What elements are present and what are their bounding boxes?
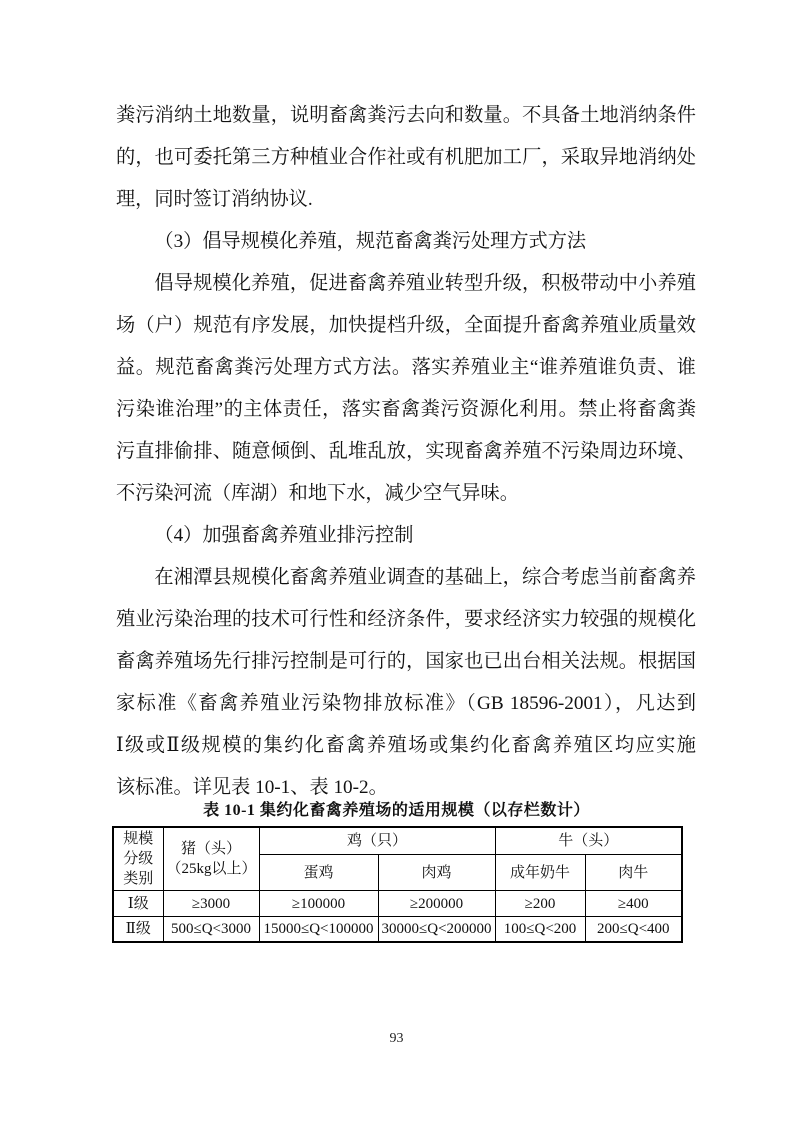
- cell-grade: Ⅰ级: [113, 891, 163, 917]
- header-cell-egg-chicken: 蛋鸡: [259, 855, 378, 891]
- cell-beef-cattle: 200≤Q<400: [585, 917, 682, 942]
- header-cell-pig: 猪（头）（25kg以上）: [163, 827, 259, 891]
- text-line: Ⅰ级或Ⅱ级规模的集约化畜禽养殖场或集约化畜禽养殖区均应实施: [116, 725, 696, 767]
- cell-egg-chicken: 15000≤Q<100000: [259, 917, 378, 942]
- page-number: 93: [0, 1031, 793, 1047]
- text-line: 益。规范畜禽粪污处理方式方法。落实养殖业主“谁养殖谁负责、谁: [116, 347, 696, 389]
- scale-table: 规模分级类别 猪（头）（25kg以上） 鸡（只） 牛（头） 蛋鸡 肉鸡 成年奶牛…: [112, 826, 683, 943]
- header-cell-dairy-cattle: 成年奶牛: [495, 855, 585, 891]
- table-row-grade-2: Ⅱ级 500≤Q<3000 15000≤Q<100000 30000≤Q<200…: [113, 917, 682, 942]
- text-line: （4）加强畜禽养殖业排污控制: [116, 515, 696, 557]
- text-line: 的，也可委托第三方种植业合作社或有机肥加工厂，采取异地消纳处: [116, 137, 696, 179]
- text-line: 倡导规模化养殖，促进畜禽养殖业转型升级，积极带动中小养殖: [116, 263, 696, 305]
- cell-pig: 500≤Q<3000: [163, 917, 259, 942]
- text-line: 场（户）规范有序发展，加快提档升级，全面提升畜禽养殖业质量效: [116, 305, 696, 347]
- cell-dairy-cattle: 100≤Q<200: [495, 917, 585, 942]
- text-line: 污直排偷排、随意倾倒、乱堆乱放，实现畜禽养殖不污染周边环境、: [116, 431, 696, 473]
- text-line: 粪污消纳土地数量，说明畜禽粪污去向和数量。不具备土地消纳条件: [116, 95, 696, 137]
- document-content: 粪污消纳土地数量，说明畜禽粪污去向和数量。不具备土地消纳条件的，也可委托第三方种…: [116, 95, 696, 809]
- text-line: （3）倡导规模化养殖，规范畜禽粪污处理方式方法: [116, 221, 696, 263]
- cell-grade: Ⅱ级: [113, 917, 163, 942]
- text-line: 理，同时签订消纳协议.: [116, 179, 696, 221]
- header-cell-category: 规模分级类别: [113, 827, 163, 891]
- document-page: 粪污消纳土地数量，说明畜禽粪污去向和数量。不具备土地消纳条件的，也可委托第三方种…: [0, 0, 793, 1122]
- header-cell-chicken-group: 鸡（只）: [259, 827, 495, 855]
- text-line: 污染谁治理”的主体责任，落实畜禽粪污资源化利用。禁止将畜禽粪: [116, 389, 696, 431]
- text-line: 畜禽养殖场先行排污控制是可行的，国家也已出台相关法规。根据国: [116, 641, 696, 683]
- cell-egg-chicken: ≥100000: [259, 891, 378, 917]
- header-cell-cattle-group: 牛（头）: [495, 827, 682, 855]
- text-line: 在湘潭县规模化畜禽养殖业调查的基础上，综合考虑当前畜禽养: [116, 557, 696, 599]
- cell-pig: ≥3000: [163, 891, 259, 917]
- table-row-grade-1: Ⅰ级 ≥3000 ≥100000 ≥200000 ≥200 ≥400: [113, 891, 682, 917]
- cell-meat-chicken: ≥200000: [378, 891, 495, 917]
- header-cell-beef-cattle: 肉牛: [585, 855, 682, 891]
- document-body: 粪污消纳土地数量，说明畜禽粪污去向和数量。不具备土地消纳条件的，也可委托第三方种…: [116, 95, 696, 809]
- header-cell-meat-chicken: 肉鸡: [378, 855, 495, 891]
- cell-beef-cattle: ≥400: [585, 891, 682, 917]
- table-caption: 表 10-1 集约化畜禽养殖场的适用规模（以存栏数计）: [112, 800, 681, 822]
- table-10-1-block: 表 10-1 集约化畜禽养殖场的适用规模（以存栏数计） 规模分级类别 猪（头）（…: [112, 800, 681, 943]
- text-line: 殖业污染治理的技术可行性和经济条件，要求经济实力较强的规模化: [116, 599, 696, 641]
- cell-dairy-cattle: ≥200: [495, 891, 585, 917]
- text-line: 家标准《畜禽养殖业污染物排放标准》（GB 18596-2001），凡达到: [116, 683, 696, 725]
- text-line: 不污染河流（库湖）和地下水，减少空气异味。: [116, 473, 696, 515]
- cell-meat-chicken: 30000≤Q<200000: [378, 917, 495, 942]
